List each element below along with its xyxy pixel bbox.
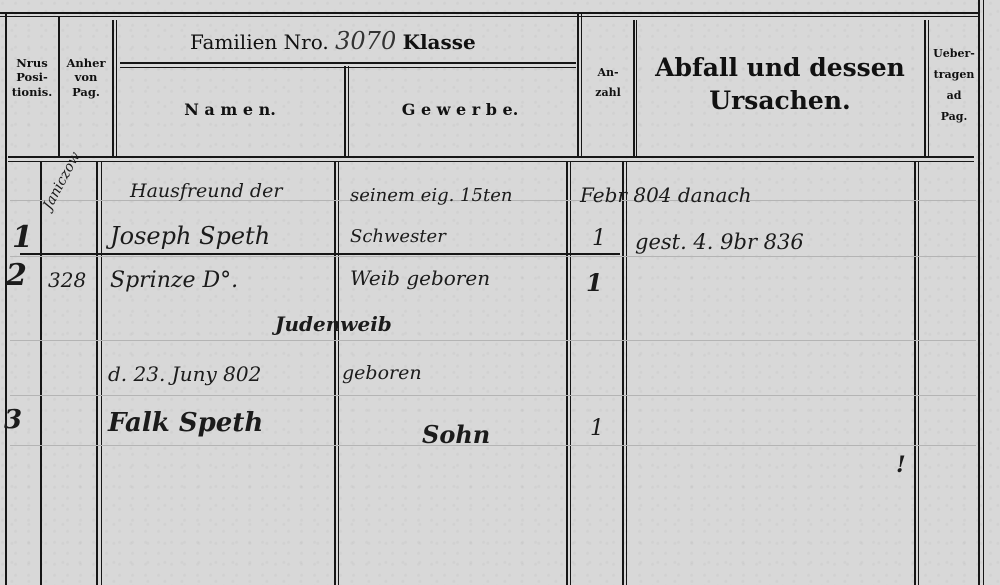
header-text: Anher xyxy=(60,56,112,70)
header-carried: Ueber- tragen ad Pag. xyxy=(930,44,978,128)
header-trade: G e w e r b e. xyxy=(360,100,560,120)
row1-loss-line1: Febr 804 danach xyxy=(580,183,751,207)
margin-mark: ! xyxy=(896,452,906,478)
header-text: Ursachen. xyxy=(640,85,920,118)
col-divider xyxy=(5,14,7,585)
row2-position: 2 xyxy=(6,258,27,293)
header-text: Posi- xyxy=(6,70,58,84)
row3-trade-line2: Sohn xyxy=(422,420,490,449)
header-text: Pag. xyxy=(930,107,978,128)
body-col-divider xyxy=(101,162,102,585)
top-rule xyxy=(0,12,978,14)
col-divider xyxy=(348,66,349,156)
body-col-divider xyxy=(622,162,624,585)
row1-prev-page: Janiczow xyxy=(40,149,84,212)
header-count: An- zahl xyxy=(584,66,632,100)
row3-name-line1: d. 23. Juny 802 xyxy=(108,362,261,386)
row2-trade-line1: Weib geboren xyxy=(350,266,490,290)
ruled-line xyxy=(10,256,976,257)
body-col-divider xyxy=(570,162,571,585)
right-border xyxy=(978,0,980,585)
header-text: An- xyxy=(584,66,632,80)
header-names: N a m e n. xyxy=(140,100,320,120)
ruled-line xyxy=(10,395,976,396)
header-text: zahl xyxy=(584,86,632,100)
header-bottom-rule-2 xyxy=(8,161,974,162)
body-col-divider xyxy=(338,162,339,585)
header-bottom-rule xyxy=(8,156,974,158)
row2-extra-line: Judenweib xyxy=(275,312,392,336)
row2-count: 1 xyxy=(586,268,603,297)
body-col-divider xyxy=(914,162,916,585)
row1-name-line1: Hausfreund der xyxy=(130,180,282,202)
row1-position: 1 xyxy=(12,220,33,255)
header-text: Abfall und dessen xyxy=(640,52,920,85)
family-split-rule xyxy=(120,62,576,64)
family-header: Familien Nro. 3070 Klasse xyxy=(190,26,520,56)
body-col-divider xyxy=(566,162,568,585)
header-text: von xyxy=(60,70,112,84)
row2-name-line1: Sprinze D°. xyxy=(110,268,238,293)
body-col-divider xyxy=(918,162,919,585)
body-col-divider xyxy=(40,162,42,585)
row1-loss-line2: gest. 4. 9br 836 xyxy=(635,230,804,254)
row3-position: 3 xyxy=(4,405,22,435)
body-col-divider xyxy=(626,162,627,585)
row3-name-line2: Falk Speth xyxy=(108,408,263,438)
header-position: Nrus Posi- tionis. xyxy=(6,56,58,99)
row3-trade-line1: geboren xyxy=(342,362,422,384)
row3-count: 1 xyxy=(590,416,604,441)
body-col-divider xyxy=(334,162,336,585)
col-divider xyxy=(581,14,582,156)
header-text: Nrus xyxy=(6,56,58,70)
row1-name-line2: Joseph Speth xyxy=(110,222,270,250)
ruled-line xyxy=(10,445,976,446)
row1-trade-line1: seinem eig. 15ten xyxy=(350,185,512,206)
header-text: tionis. xyxy=(6,85,58,99)
header-text: Pag. xyxy=(60,85,112,99)
right-border-2 xyxy=(983,0,984,585)
col-divider xyxy=(577,14,579,156)
header-loss: Abfall und dessen Ursachen. xyxy=(640,52,920,117)
row1-count: 1 xyxy=(592,226,606,251)
header-text: ad xyxy=(930,86,978,107)
body-col-divider xyxy=(96,162,98,585)
row-separator xyxy=(20,253,620,255)
family-number: 3070 xyxy=(335,27,396,55)
col-divider xyxy=(633,20,635,156)
row1-trade-line2: Schwester xyxy=(350,226,446,247)
header-text: tragen xyxy=(930,65,978,86)
family-label: Familien Nro. xyxy=(190,30,329,54)
register-page: Nrus Posi- tionis. Anher von Pag. Famili… xyxy=(0,0,1000,585)
header-prev-page: Anher von Pag. xyxy=(60,56,112,99)
class-label: Klasse xyxy=(403,30,476,54)
header-text: Ueber- xyxy=(930,44,978,65)
top-rule-2 xyxy=(0,16,978,17)
col-divider xyxy=(116,20,117,156)
col-divider xyxy=(928,20,929,156)
col-divider xyxy=(636,20,637,156)
col-divider xyxy=(112,20,114,156)
col-divider xyxy=(924,20,926,156)
ruled-line xyxy=(10,340,976,341)
row2-prev-page: 328 xyxy=(48,268,86,292)
col-divider xyxy=(344,66,346,156)
